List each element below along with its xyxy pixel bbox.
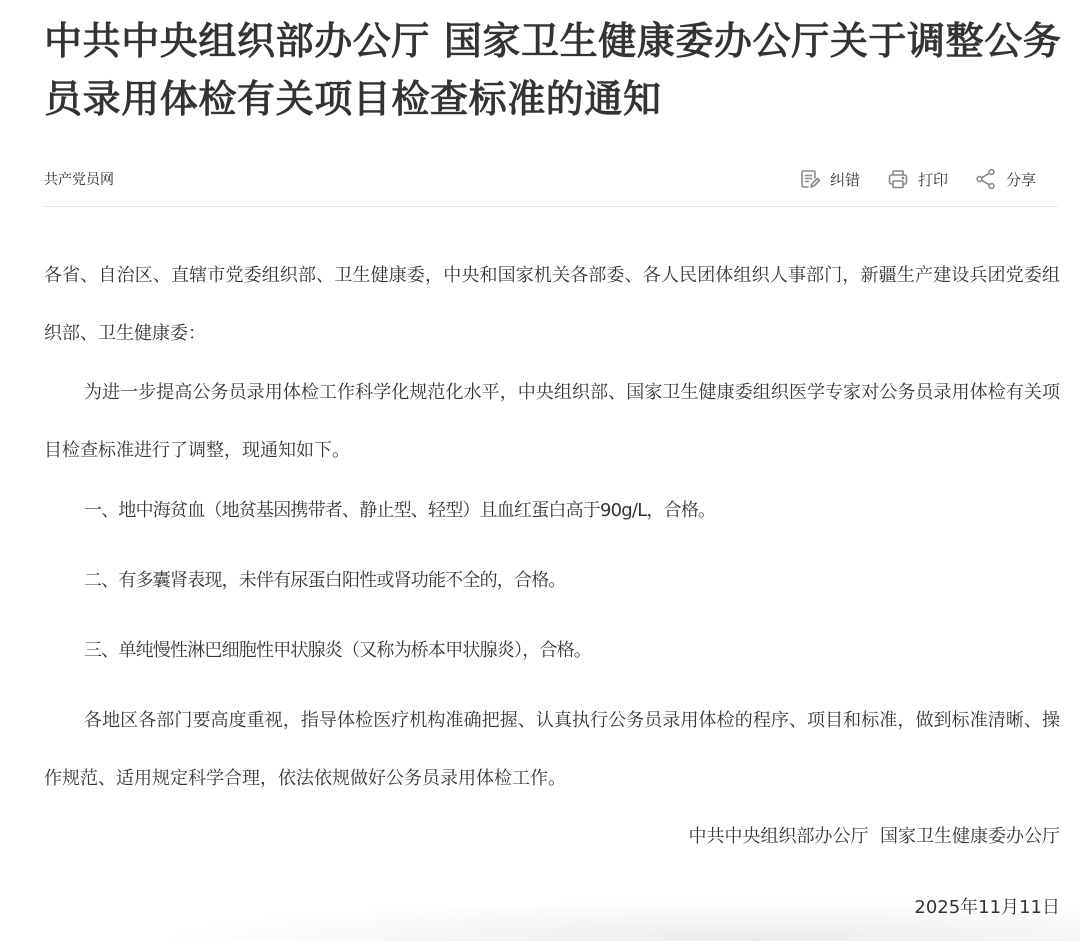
article-meta-row: 共产党员网 纠错 [44, 160, 1058, 207]
salutation-paragraph: 各省、自治区、直辖市党委组织部、卫生健康委，中央和国家机关各部委、各人民团体组织… [44, 247, 1060, 363]
article-source: 共产党员网 [44, 170, 114, 190]
share-label: 分享 [1006, 169, 1036, 190]
print-button[interactable]: 打印 [886, 167, 948, 191]
document-date: 2025年11月11日 [914, 893, 1060, 922]
closing-paragraph: 各地区各部门要高度重视，指导体检医疗机构准确把握、认真执行公务员录用体检的程序、… [44, 692, 1060, 808]
signature: 中共中央组织部办公厅 国家卫生健康委办公厅 [689, 822, 1060, 851]
intro-paragraph: 为进一步提高公务员录用体检工作科学化规范化水平，中央组织部、国家卫生健康委组织医… [44, 364, 1060, 480]
correction-button[interactable]: 纠错 [798, 167, 860, 191]
share-icon [974, 167, 998, 191]
edit-icon [798, 167, 822, 191]
item-1: 一、地中海贫血（地贫基因携带者、静止型、轻型）且血红蛋白高于90g/L，合格。 [84, 496, 715, 526]
item-3: 三、单纯慢性淋巴细胞性甲状腺炎（又称为桥本甲状腺炎），合格。 [84, 636, 591, 666]
share-button[interactable]: 分享 [974, 167, 1036, 191]
item-2: 二、有多囊肾表现，未伴有尿蛋白阳性或肾功能不全的，合格。 [84, 566, 566, 596]
article-actions: 纠错 打印 [772, 164, 1036, 194]
article-title: 中共中央组织部办公厅 国家卫生健康委办公厅关于调整公务员录用体检有关项目检查标准… [44, 12, 1064, 128]
print-label: 打印 [918, 169, 948, 190]
print-icon [886, 167, 910, 191]
correction-label: 纠错 [830, 169, 860, 190]
